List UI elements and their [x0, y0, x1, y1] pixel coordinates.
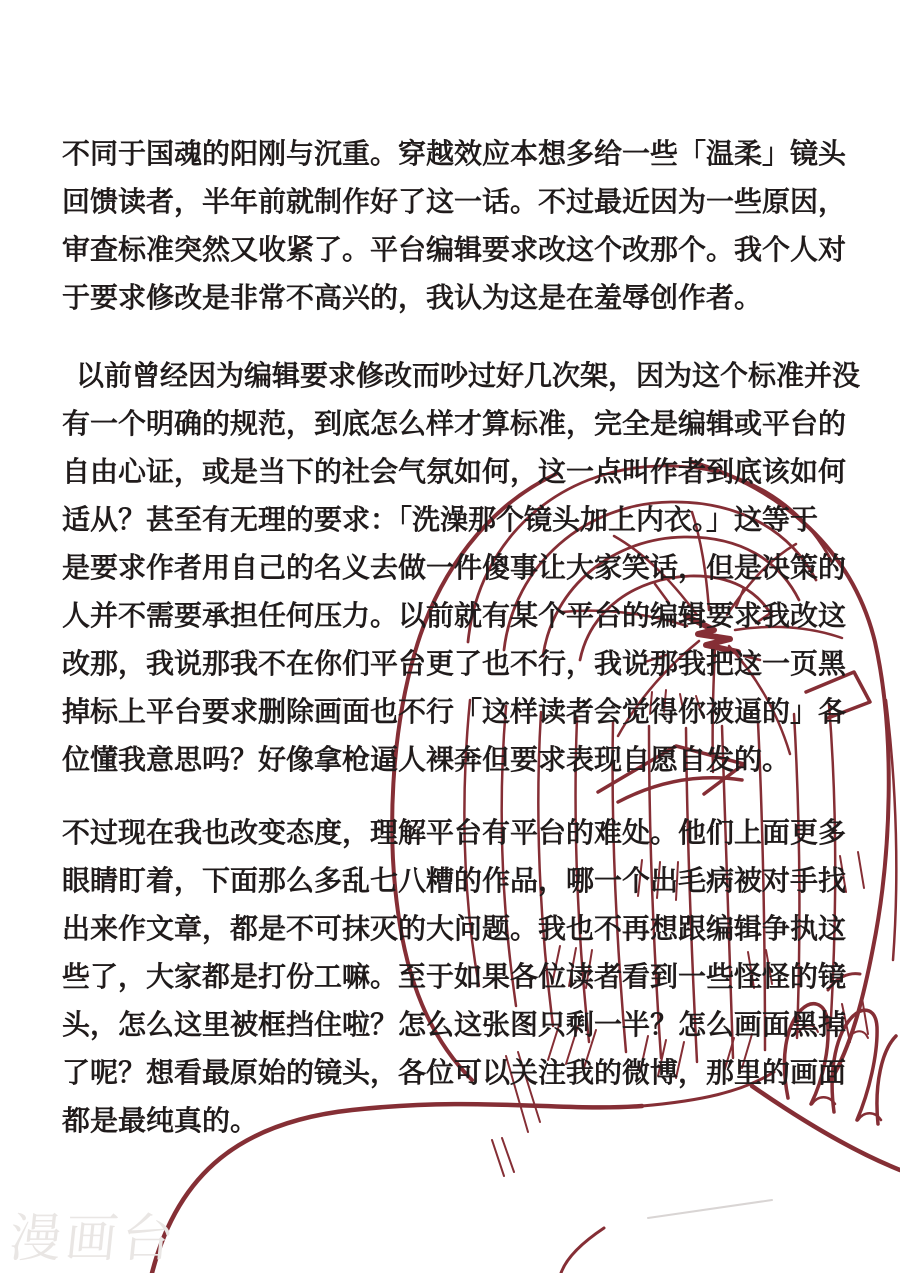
neck-line — [561, 1228, 604, 1273]
paragraph-3: 不过现在我也改变态度，理解平台有平台的难处。他们上面更多 眼睛盯着，下面那么多乱… — [62, 809, 898, 1145]
afterword-page: 漫画台 — [0, 0, 900, 1273]
paragraph-2: 以前曾经因为编辑要求修改而吵过好几次架，因为这个标准并没 有一个明确的规范，到底… — [62, 352, 898, 784]
watermark: 漫画台 — [6, 1196, 182, 1271]
highlight-line — [648, 1200, 772, 1218]
paragraph-1: 不同于国魂的阳刚与沉重。穿越效应本想多给一些「温柔」镜头 回馈读者，半年前就制作… — [62, 130, 898, 322]
